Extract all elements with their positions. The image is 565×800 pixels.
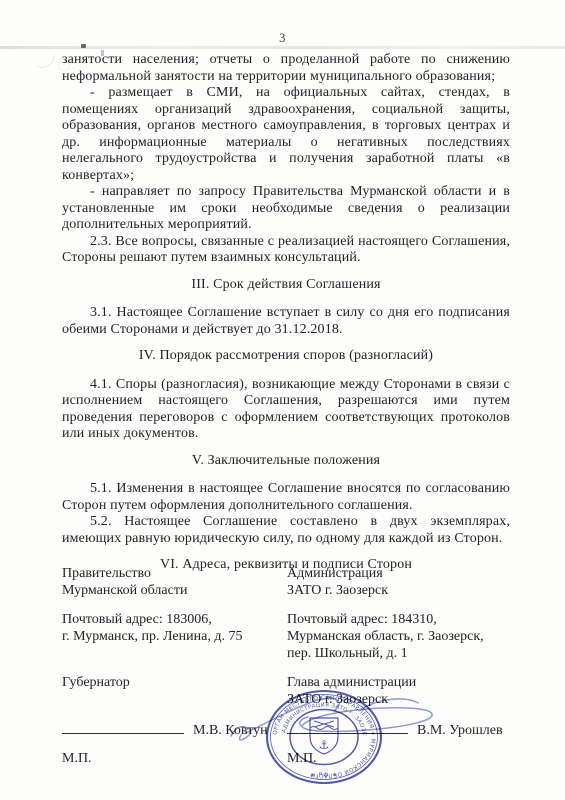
- signatory-left-column: Правительство Мурманской области Почтовы…: [62, 565, 282, 785]
- section-heading-5: V. Заключительные положения: [62, 453, 510, 470]
- signature-line: [62, 718, 184, 734]
- signatories-section: Правительство Мурманской области Почтовы…: [62, 565, 510, 785]
- signer-title: Губернатор: [62, 674, 282, 691]
- scan-artifact-dot: [81, 44, 86, 48]
- section-heading-4: IV. Порядок рассмотрения споров (разногл…: [62, 348, 510, 365]
- document-body: занятости населения; отчеты о проделанно…: [62, 52, 510, 586]
- signatory-right-column: Администрация ЗАТО г. Заозерск Почтовый …: [287, 565, 510, 785]
- seal-mark: М.П.: [287, 750, 317, 767]
- section-heading-3: III. Срок действия Соглашения: [62, 277, 510, 294]
- signer-name: М.В. Ковтун: [193, 722, 268, 739]
- paragraph-clause-4-1: 4.1. Споры (разногласия), возникающие ме…: [62, 377, 510, 443]
- paragraph-clause-5-1: 5.1. Изменения в настоящее Соглашение вн…: [62, 481, 510, 514]
- signature-row: М.В. Ковтун: [62, 718, 282, 739]
- signature-line: [287, 718, 408, 734]
- postal-address: Почтовый адрес: 183006, г. Мурманск, пр.…: [62, 611, 282, 645]
- paragraph-clause-5-2: 5.2. Настоящее Соглашение составлено в д…: [62, 514, 510, 547]
- signer-title: Глава администрации ЗАТО г. Заозерск: [287, 674, 510, 708]
- paragraph-clause-2-3: 2.3. Все вопросы, связанные с реализацие…: [62, 234, 510, 267]
- organization-name: Администрация ЗАТО г. Заозерск: [287, 565, 510, 599]
- seal-mark: М.П.: [62, 750, 92, 767]
- signer-name: В.М. Урошлев: [417, 722, 503, 739]
- paragraph-media-placement: - размещает в СМИ, на официальных сайтах…: [62, 85, 510, 184]
- postal-address: Почтовый адрес: 184310, Мурманская облас…: [287, 611, 510, 662]
- organization-name: Правительство Мурманской области: [62, 565, 282, 599]
- paragraph-sends-information: - направляет по запросу Правительства Му…: [62, 184, 510, 234]
- document-page: 3 занятости населения; отчеты о проделан…: [0, 0, 565, 800]
- signature-row: В.М. Урошлев: [287, 718, 510, 739]
- paragraph-employment-reports: занятости населения; отчеты о проделанно…: [62, 52, 510, 85]
- paragraph-clause-3-1: 3.1. Настоящее Соглашение вступает в сил…: [62, 305, 510, 338]
- scan-artifact-mark: [36, 50, 56, 71]
